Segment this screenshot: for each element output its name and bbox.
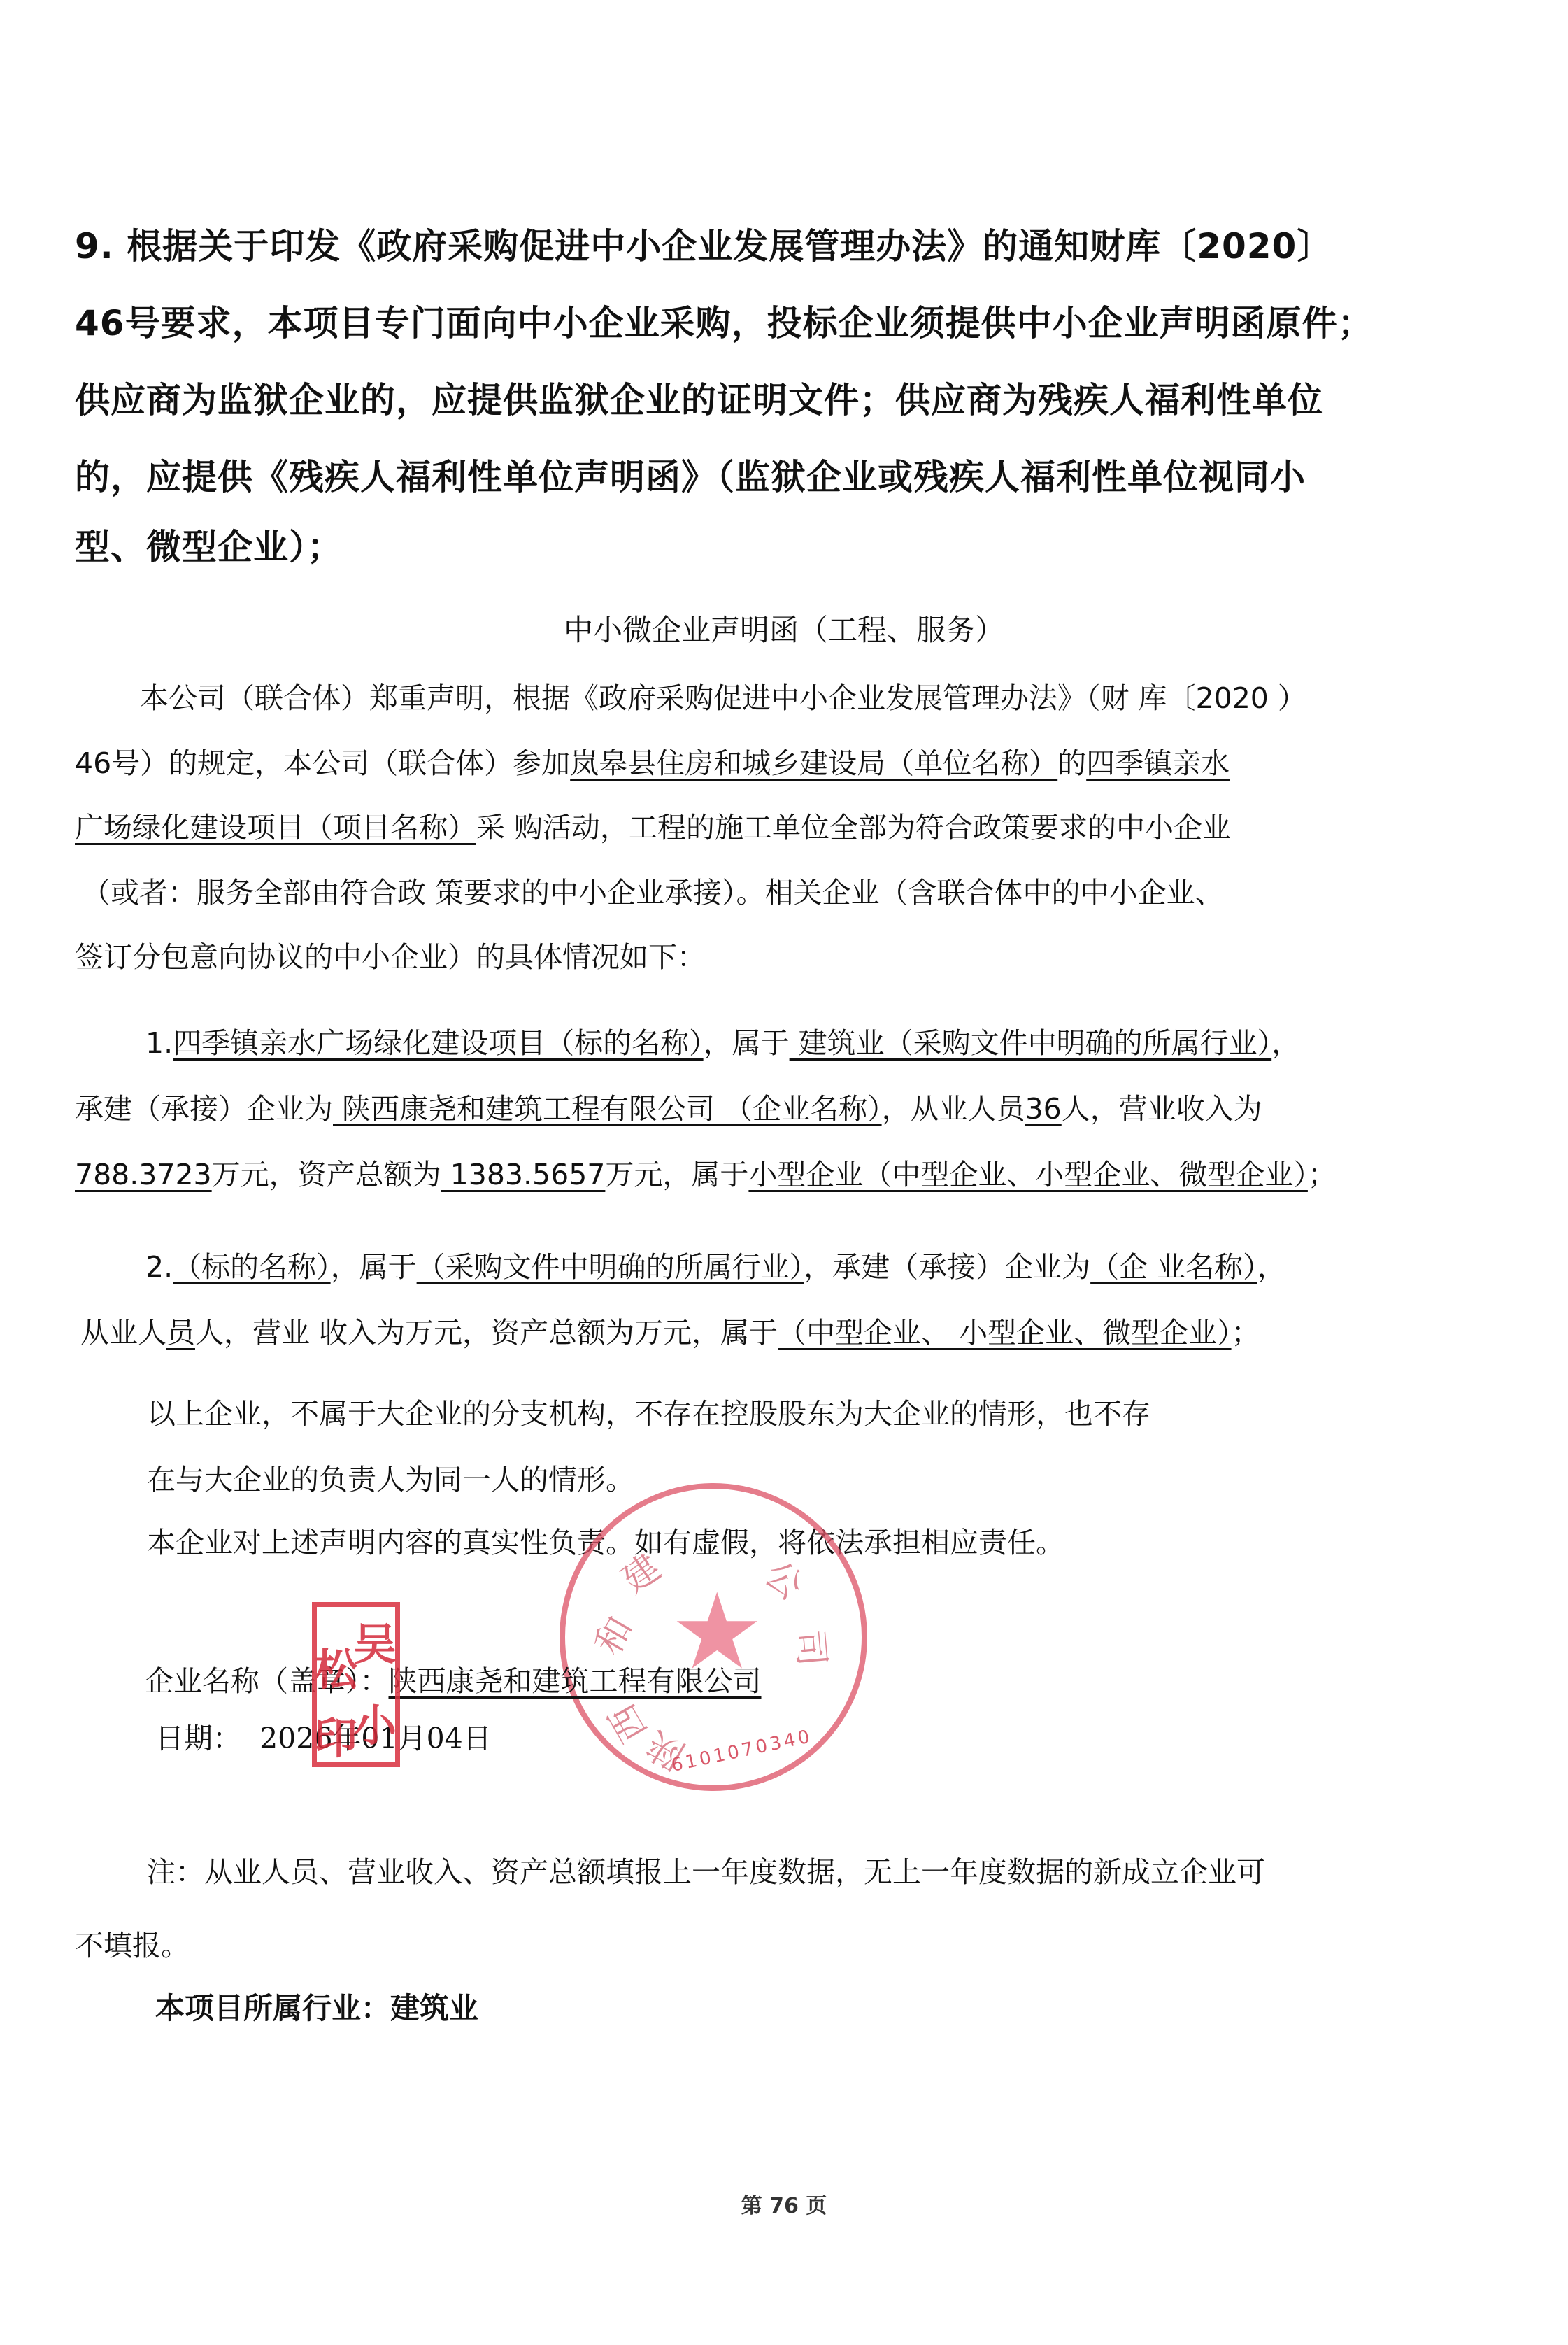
section-9-line-3: 供应商为监狱企业的，应提供监狱企业的证明文件；供应商为残疾人福利性单位 bbox=[75, 372, 1323, 423]
note-line-2: 不填报。 bbox=[75, 1922, 190, 1964]
seal-char: 建 bbox=[609, 1539, 669, 1603]
item-1-staff-label: ，从业人员 bbox=[882, 1092, 1025, 1126]
intro-line-5: 签订分包意向协议的中小企业）的具体情况如下： bbox=[75, 934, 706, 975]
item-1-revenue-unit: 万元，资产总额为 bbox=[212, 1158, 441, 1191]
item-1-size: 小型企业（中型企业、小型企业、微型企业） bbox=[748, 1158, 1308, 1191]
item-1-line-1: 1.四季镇亲水广场绿化建设项目（标的名称），属于 建筑业（采购文件中明确的所属行… bbox=[145, 1020, 1300, 1061]
item-1-belongs: ，属于 bbox=[704, 1026, 790, 1060]
seal-char: 小 bbox=[353, 1691, 397, 1753]
company-seal: ★ 和 建 公 司 西 陕 6101070340 bbox=[560, 1483, 867, 1791]
closing-line-1: 以上企业，不属于大企业的分支机构，不存在控股股东为大企业的情形，也不存 bbox=[147, 1391, 1150, 1432]
intro-line-1: 本公司（联合体）郑重声明，根据《政府采购促进中小企业发展管理办法》（财 库〔20… bbox=[140, 675, 1306, 716]
personal-seal: 吴 松 小 印 bbox=[312, 1602, 400, 1767]
project-name-part-2: 广场绿化建设项目（项目名称） bbox=[75, 811, 476, 844]
page-prefix: 第 bbox=[741, 2194, 762, 2218]
seal-char: 公 bbox=[755, 1546, 817, 1610]
intro-line-4: （或者：服务全部由符合政 策要求的中小企业承接）。相关企业（含联合体中的中小企业… bbox=[82, 870, 1224, 911]
page-suffix: 页 bbox=[806, 2194, 827, 2218]
item-1-line-2: 承建（承接）企业为 陕西康尧和建筑工程有限公司 （企业名称），从业人员36人，营… bbox=[75, 1086, 1262, 1127]
section-9-line-2: 46号要求，本项目专门面向中小企业采购，投标企业须提供中小企业声明函原件； bbox=[75, 295, 1374, 346]
item-2-contractor: （企 业名称） bbox=[1090, 1250, 1257, 1284]
item-2-industry: （采购文件中明确的所属行业） bbox=[417, 1250, 804, 1284]
seal-char: 和 bbox=[580, 1605, 643, 1663]
item-1-number: 1. bbox=[145, 1026, 173, 1060]
seal-char: 松 bbox=[314, 1635, 357, 1697]
item-2-contractor-label: 承建（承接）企业为 bbox=[832, 1250, 1090, 1284]
date-label: 日期： bbox=[155, 1722, 241, 1755]
intro-line-2-prefix: 46号）的规定，本公司（联合体）参加 bbox=[75, 746, 570, 780]
seal-char: 司 bbox=[786, 1627, 841, 1668]
item-1-assets: 1383.5657 bbox=[441, 1158, 606, 1191]
item-1-staff-count: 36 bbox=[1025, 1092, 1062, 1126]
project-industry: 本项目所属行业：建筑业 bbox=[155, 1985, 478, 2027]
section-9-line-4: 的，应提供《残疾人福利性单位声明函》（监狱企业或残疾人福利性单位视同小 bbox=[75, 449, 1306, 500]
item-2-comma: ， bbox=[804, 1250, 832, 1284]
item-1-assets-unit: 万元，属于 bbox=[605, 1158, 748, 1191]
intro-line-3: 广场绿化建设项目（项目名称）采 购活动，工程的施工单位全部为符合政策要求的中小企… bbox=[75, 805, 1231, 846]
project-name-part-1: 四季镇亲水 bbox=[1086, 746, 1230, 780]
item-1-contractor-label: 承建（承接）企业为 bbox=[75, 1092, 333, 1126]
item-1-contractor: 陕西康尧和建筑工程有限公司 （企业名称） bbox=[333, 1092, 882, 1126]
seal-char: 印 bbox=[314, 1703, 357, 1766]
item-1-comma: ， bbox=[1271, 1026, 1300, 1060]
item-2-line-1: 2.（标的名称），属于（采购文件中明确的所属行业），承建（承接）企业为（企 业名… bbox=[145, 1244, 1286, 1285]
purchaser-name: 岚皋县住房和城乡建设局（单位名称） bbox=[570, 746, 1057, 780]
item-2-line-2: 从业人员人，营业 收入为万元，资产总额为万元，属于（中型企业、 小型企业、微型企… bbox=[80, 1310, 1260, 1351]
item-1-line-3: 788.3723万元，资产总额为 1383.5657万元，属于小型企业（中型企业… bbox=[75, 1152, 1337, 1193]
item-1-revenue: 788.3723 bbox=[75, 1158, 212, 1191]
item-2-staff-blank: 员 bbox=[166, 1316, 195, 1349]
item-2-comma-2: ， bbox=[1257, 1250, 1286, 1284]
company-name-signed: 陕西康尧和建筑工程有限公司 bbox=[389, 1664, 762, 1698]
seal-char: 吴 bbox=[353, 1610, 397, 1672]
intro-line-2-mid: 的 bbox=[1057, 746, 1086, 780]
page-number-value: 76 bbox=[769, 2194, 799, 2218]
item-2-subject: （标的名称） bbox=[173, 1250, 331, 1284]
intro-line-3-suffix: 采 购活动，工程的施工单位全部为符合政策要求的中小企业 bbox=[476, 811, 1231, 844]
note-line-1: 注：从业人员、营业收入、资产总额填报上一年度数据，无上一年度数据的新成立企业可 bbox=[147, 1849, 1265, 1890]
section-9-line-5: 型、微型企业）； bbox=[75, 519, 343, 569]
item-2-line-2-text: 人，营业 收入为万元，资产总额为万元，属于 bbox=[195, 1316, 778, 1349]
item-1-staff-unit: 人，营业收入为 bbox=[1062, 1092, 1262, 1126]
section-9-line-1: 9. 根据关于印发《政府采购促进中小企业发展管理办法》的通知财库〔2020〕 bbox=[75, 218, 1332, 269]
intro-line-2: 46号）的规定，本公司（联合体）参加岚皋县住房和城乡建设局（单位名称）的四季镇亲… bbox=[75, 740, 1230, 781]
item-2-staff-label: 从业人 bbox=[80, 1316, 166, 1349]
item-2-size: （中型企业、 小型企业、微型企业） bbox=[778, 1316, 1232, 1349]
page-number: 第 76 页 bbox=[0, 2188, 1568, 2219]
signature-line: 企业名称（盖章）：陕西康尧和建筑工程有限公司 bbox=[145, 1658, 762, 1699]
declaration-title: 中小微企业声明函（工程、服务） bbox=[0, 607, 1568, 649]
item-1-subject: 四季镇亲水广场绿化建设项目（标的名称） bbox=[173, 1026, 704, 1060]
seal-code: 6101070340 bbox=[669, 1726, 814, 1776]
item-1-end: ； bbox=[1308, 1158, 1337, 1191]
closing-line-2: 在与大企业的负责人为同一人的情形。 bbox=[147, 1457, 634, 1498]
item-2-belongs: ，属于 bbox=[331, 1250, 417, 1284]
item-1-industry: 建筑业（采购文件中明确的所属行业） bbox=[790, 1026, 1272, 1060]
item-2-end: ； bbox=[1232, 1316, 1260, 1349]
item-2-number: 2. bbox=[145, 1250, 173, 1284]
